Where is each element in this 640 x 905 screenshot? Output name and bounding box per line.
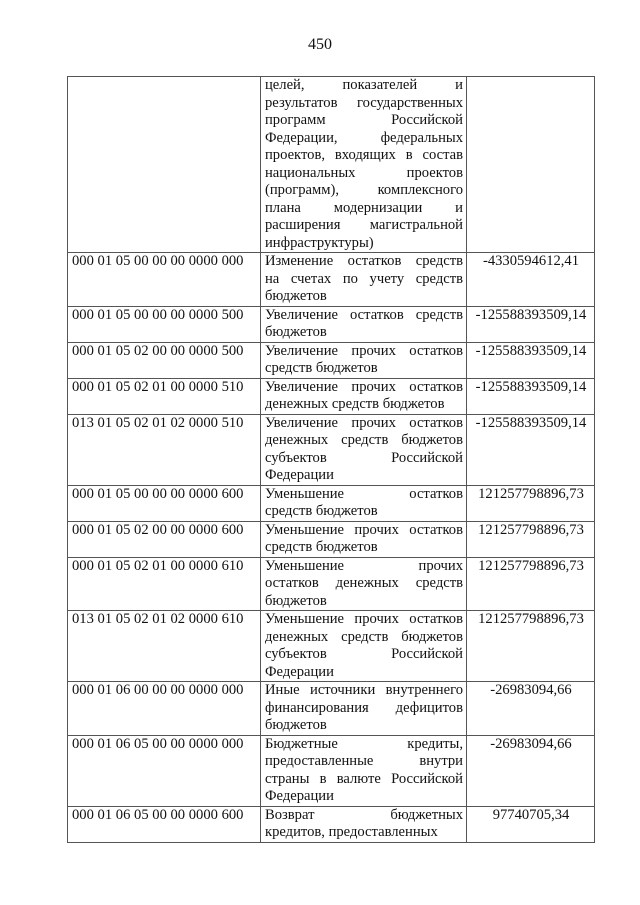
source-name-line: программ Российской bbox=[265, 112, 463, 130]
source-name: Увеличение прочих остатковсредств бюджет… bbox=[261, 342, 467, 378]
source-name-line: на счетах по учету средств bbox=[265, 271, 463, 289]
source-name-line: инфраструктуры) bbox=[265, 235, 463, 253]
source-name-line: остатков денежных средств bbox=[265, 575, 463, 593]
source-name: Иные источники внутреннегофинансирования… bbox=[261, 682, 467, 736]
amount: -26983094,66 bbox=[467, 682, 595, 736]
source-name-line: Уменьшение остатков bbox=[265, 486, 463, 504]
table-row: 013 01 05 02 01 02 0000 510 Увеличение п… bbox=[68, 414, 595, 485]
source-name-line: результатов государственных bbox=[265, 95, 463, 113]
source-name-line: Федерации, федеральных bbox=[265, 130, 463, 148]
table-row: 000 01 05 00 00 00 0000 500 Увеличение о… bbox=[68, 306, 595, 342]
source-name-line: денежных средств бюджетов bbox=[265, 396, 463, 414]
table-row: 000 01 06 05 00 00 0000 600 Возврат бюдж… bbox=[68, 806, 595, 842]
source-name: Изменение остатков средствна счетах по у… bbox=[261, 253, 467, 307]
source-name-line: Увеличение прочих остатков bbox=[265, 343, 463, 361]
source-name: Уменьшение прочих остатковденежных средс… bbox=[261, 611, 467, 682]
amount: 121257798896,73 bbox=[467, 611, 595, 682]
amount: -125588393509,14 bbox=[467, 378, 595, 414]
budget-classification-code: 000 01 06 05 00 00 0000 000 bbox=[68, 735, 261, 806]
source-name-line: денежных средств бюджетов bbox=[265, 432, 463, 450]
amount: 121257798896,73 bbox=[467, 485, 595, 521]
amount: -125588393509,14 bbox=[467, 306, 595, 342]
source-name-line: средств бюджетов bbox=[265, 360, 463, 378]
source-name: целей, показателей ирезультатов государс… bbox=[261, 77, 467, 253]
source-name-line: субъектов Российской bbox=[265, 646, 463, 664]
source-name-line: Федерации bbox=[265, 467, 463, 485]
source-name: Увеличение прочих остатковденежных средс… bbox=[261, 414, 467, 485]
source-name: Увеличение прочих остатковденежных средс… bbox=[261, 378, 467, 414]
source-name: Увеличение остатков средствбюджетов bbox=[261, 306, 467, 342]
budget-classification-code: 000 01 05 02 01 00 0000 510 bbox=[68, 378, 261, 414]
source-name-line: страны в валюте Российской bbox=[265, 771, 463, 789]
amount bbox=[467, 77, 595, 253]
source-name-line: Увеличение остатков средств bbox=[265, 307, 463, 325]
budget-classification-code: 000 01 05 02 00 00 0000 500 bbox=[68, 342, 261, 378]
table-row: 000 01 05 02 01 00 0000 510 Увеличение п… bbox=[68, 378, 595, 414]
source-name-line: Возврат бюджетных bbox=[265, 807, 463, 825]
table-row: 000 01 06 00 00 00 0000 000 Иные источни… bbox=[68, 682, 595, 736]
amount: 97740705,34 bbox=[467, 806, 595, 842]
source-name-line: бюджетов bbox=[265, 288, 463, 306]
source-name-line: Изменение остатков средств bbox=[265, 253, 463, 271]
source-name-line: средств бюджетов bbox=[265, 539, 463, 557]
source-name-line: плана модернизации и bbox=[265, 200, 463, 218]
source-name: Возврат бюджетныхкредитов, предоставленн… bbox=[261, 806, 467, 842]
table-row: 000 01 05 00 00 00 0000 000 Изменение ос… bbox=[68, 253, 595, 307]
source-name-line: Увеличение прочих остатков bbox=[265, 415, 463, 433]
table-row: целей, показателей ирезультатов государс… bbox=[68, 77, 595, 253]
table-row: 013 01 05 02 01 02 0000 610 Уменьшение п… bbox=[68, 611, 595, 682]
budget-classification-code bbox=[68, 77, 261, 253]
source-name-line: субъектов Российской bbox=[265, 450, 463, 468]
budget-sources-table: целей, показателей ирезультатов государс… bbox=[67, 76, 595, 843]
budget-classification-code: 000 01 06 00 00 00 0000 000 bbox=[68, 682, 261, 736]
source-name-line: расширения магистральной bbox=[265, 217, 463, 235]
table-row: 000 01 06 05 00 00 0000 000 Бюджетные кр… bbox=[68, 735, 595, 806]
source-name-line: предоставленные внутри bbox=[265, 753, 463, 771]
amount: -125588393509,14 bbox=[467, 342, 595, 378]
source-name-line: бюджетов bbox=[265, 717, 463, 735]
source-name: Уменьшение остатковсредств бюджетов bbox=[261, 485, 467, 521]
source-name-line: финансирования дефицитов bbox=[265, 700, 463, 718]
source-name: Бюджетные кредиты,предоставленные внутри… bbox=[261, 735, 467, 806]
amount: -4330594612,41 bbox=[467, 253, 595, 307]
budget-classification-code: 013 01 05 02 01 02 0000 510 bbox=[68, 414, 261, 485]
source-name-line: национальных проектов bbox=[265, 165, 463, 183]
source-name-line: проектов, входящих в состав bbox=[265, 147, 463, 165]
amount: 121257798896,73 bbox=[467, 557, 595, 611]
source-name-line: Уменьшение прочих остатков bbox=[265, 611, 463, 629]
source-name-line: (программ), комплексного bbox=[265, 182, 463, 200]
source-name: Уменьшение прочихостатков денежных средс… bbox=[261, 557, 467, 611]
source-name-line: Увеличение прочих остатков bbox=[265, 379, 463, 397]
source-name-line: бюджетов bbox=[265, 324, 463, 342]
table-row: 000 01 05 02 01 00 0000 610 Уменьшение п… bbox=[68, 557, 595, 611]
page-number: 450 bbox=[0, 36, 640, 54]
source-name-line: Бюджетные кредиты, bbox=[265, 736, 463, 754]
source-name-line: Иные источники внутреннего bbox=[265, 682, 463, 700]
source-name-line: бюджетов bbox=[265, 593, 463, 611]
budget-classification-code: 000 01 05 00 00 00 0000 600 bbox=[68, 485, 261, 521]
source-name-line: денежных средств бюджетов bbox=[265, 629, 463, 647]
source-name-line: Уменьшение прочих bbox=[265, 558, 463, 576]
table-row: 000 01 05 02 00 00 0000 600 Уменьшение п… bbox=[68, 521, 595, 557]
source-name-line: кредитов, предоставленных bbox=[265, 824, 463, 842]
budget-classification-code: 000 01 05 00 00 00 0000 500 bbox=[68, 306, 261, 342]
source-name-line: Федерации bbox=[265, 788, 463, 806]
budget-classification-code: 013 01 05 02 01 02 0000 610 bbox=[68, 611, 261, 682]
budget-classification-code: 000 01 06 05 00 00 0000 600 bbox=[68, 806, 261, 842]
budget-classification-code: 000 01 05 00 00 00 0000 000 bbox=[68, 253, 261, 307]
budget-classification-code: 000 01 05 02 00 00 0000 600 bbox=[68, 521, 261, 557]
source-name-line: средств бюджетов bbox=[265, 503, 463, 521]
amount: 121257798896,73 bbox=[467, 521, 595, 557]
table-row: 000 01 05 02 00 00 0000 500 Увеличение п… bbox=[68, 342, 595, 378]
table-row: 000 01 05 00 00 00 0000 600 Уменьшение о… bbox=[68, 485, 595, 521]
amount: -125588393509,14 bbox=[467, 414, 595, 485]
source-name-line: целей, показателей и bbox=[265, 77, 463, 95]
source-name: Уменьшение прочих остатковсредств бюджет… bbox=[261, 521, 467, 557]
budget-classification-code: 000 01 05 02 01 00 0000 610 bbox=[68, 557, 261, 611]
source-name-line: Федерации bbox=[265, 664, 463, 682]
source-name-line: Уменьшение прочих остатков bbox=[265, 522, 463, 540]
amount: -26983094,66 bbox=[467, 735, 595, 806]
